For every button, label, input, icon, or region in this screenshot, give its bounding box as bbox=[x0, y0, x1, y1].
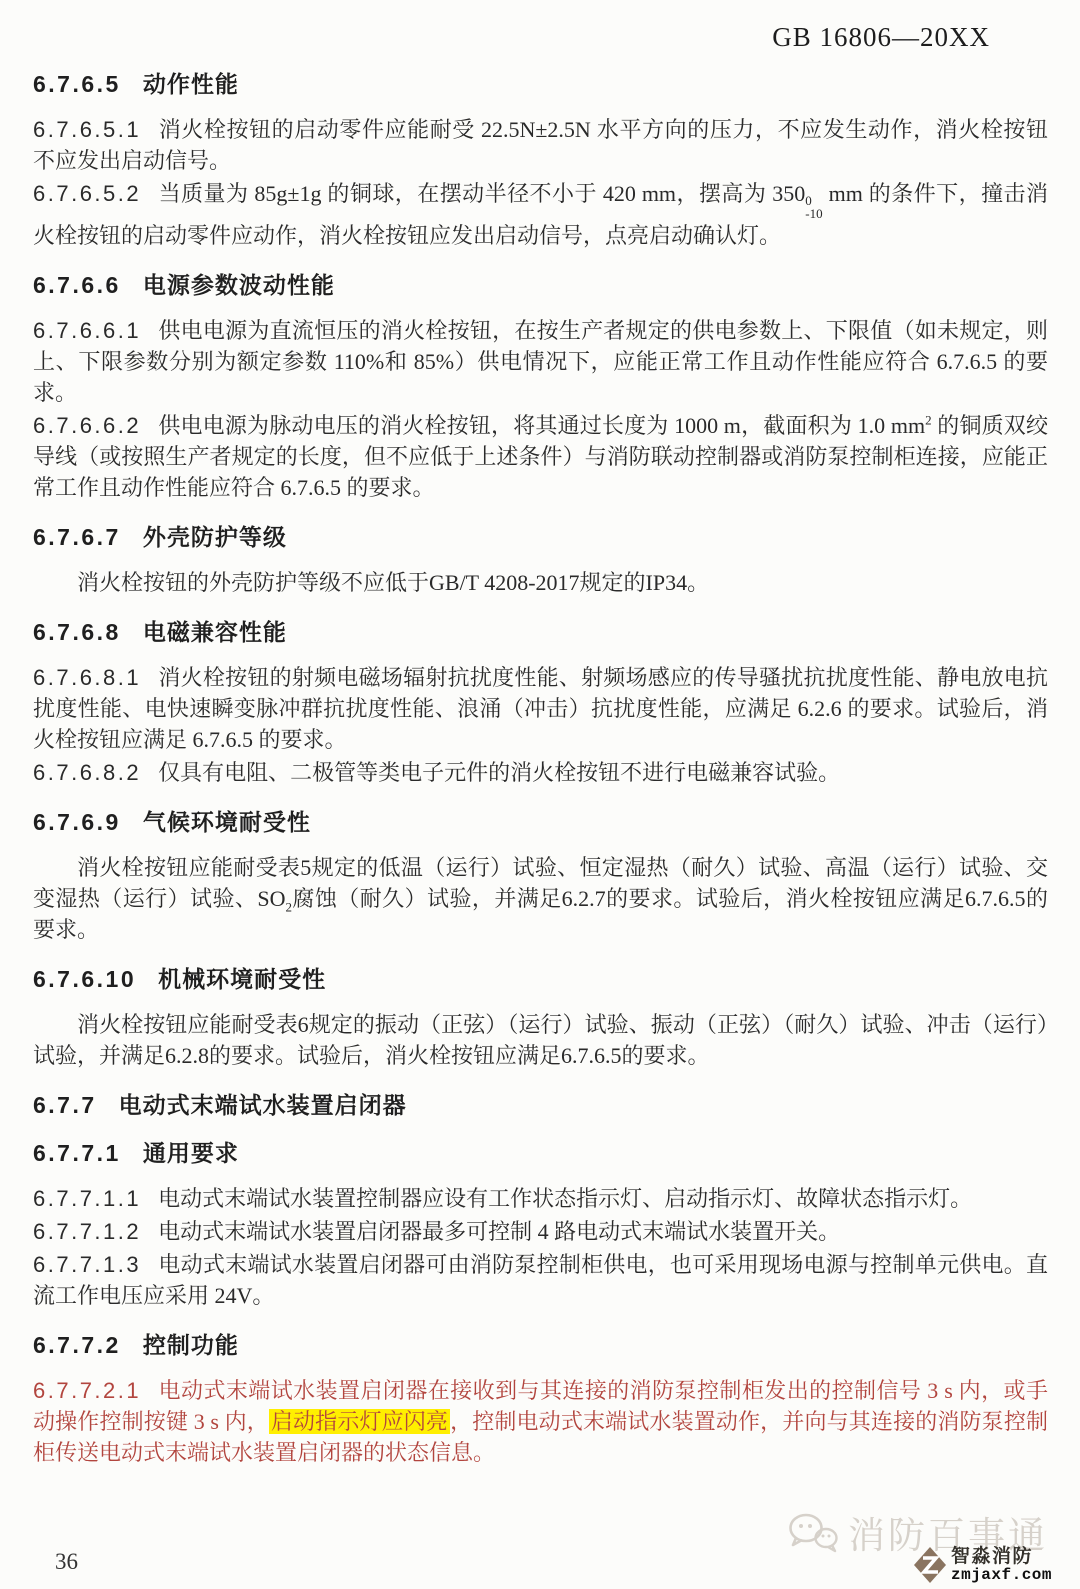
clause-paragraph: 6.7.6.8.1消火栓按钮的射频电磁场辐射抗扰度性能、射频场感应的传导骚扰抗扰… bbox=[33, 662, 1048, 755]
section-title: 机械环境耐受性 bbox=[158, 966, 326, 992]
clause-number: 6.7.6.5.2 bbox=[33, 181, 141, 206]
clause-paragraph: 6.7.6.8.2仅具有电阻、二极管等类电子元件的消火栓按钮不进行电磁兼容试验。 bbox=[33, 757, 1048, 788]
clause-number: 6.7.7.1.1 bbox=[33, 1186, 141, 1211]
paragraph: 消火栓按钮的外壳防护等级不应低于GB/T 4208-2017规定的IP34。 bbox=[33, 567, 1048, 598]
paragraph: 消火栓按钮应能耐受表6规定的振动（正弦）（运行）试验、振动（正弦）（耐久）试验、… bbox=[33, 1009, 1048, 1071]
section-title: 电源参数波动性能 bbox=[143, 272, 335, 298]
clause-number: 6.7.7.2.1 bbox=[33, 1378, 141, 1403]
section-title: 气候环境耐受性 bbox=[143, 809, 311, 835]
page-number: 36 bbox=[55, 1549, 78, 1575]
section-heading: 6.7.6.5动作性能 bbox=[33, 70, 1048, 98]
clause-number: 6.7.6.6.2 bbox=[33, 413, 141, 438]
clause-number: 6.7.6.8.2 bbox=[33, 760, 141, 785]
section-number: 6.7.6.9 bbox=[33, 809, 121, 835]
logo-name: 智淼消防 bbox=[951, 1547, 1052, 1567]
clause-paragraph: 6.7.6.6.1供电电源为直流恒压的消火栓按钮，在按生产者规定的供电参数上、下… bbox=[33, 315, 1048, 408]
section-number: 6.7.6.6 bbox=[33, 272, 121, 298]
tolerance-sup-sub: 0-10 bbox=[805, 194, 822, 220]
section-heading: 6.7.6.6电源参数波动性能 bbox=[33, 271, 1048, 299]
diamond-logo-icon bbox=[913, 1546, 947, 1584]
clause-paragraph: 6.7.7.1.1电动式末端试水装置控制器应设有工作状态指示灯、启动指示灯、故障… bbox=[33, 1183, 1048, 1214]
section-title: 动作性能 bbox=[143, 71, 239, 97]
clause-paragraph: 6.7.7.1.2电动式末端试水装置启闭器最多可控制 4 路电动式末端试水装置开… bbox=[33, 1216, 1048, 1247]
paragraph: 消火栓按钮应能耐受表5规定的低温（运行）试验、恒定湿热（耐久）试验、高温（运行）… bbox=[33, 852, 1048, 945]
section-heading: 6.7.7电动式末端试水装置启闭器 bbox=[33, 1091, 1048, 1119]
site-logo: 智淼消防 zmjaxf.com bbox=[913, 1546, 1052, 1584]
section-heading: 6.7.6.10机械环境耐受性 bbox=[33, 965, 1048, 993]
clause-paragraph: 6.7.7.2.1电动式末端试水装置启闭器在接收到与其连接的消防泵控制柜发出的控… bbox=[33, 1375, 1048, 1468]
section-number: 6.7.7 bbox=[33, 1092, 97, 1118]
highlighted-text: 启动指示灯应闪亮 bbox=[269, 1409, 450, 1434]
section-number: 6.7.6.7 bbox=[33, 524, 121, 550]
section-number: 6.7.6.8 bbox=[33, 619, 121, 645]
clause-paragraph: 6.7.6.5.2当质量为 85g±1g 的铜球，在摆动半径不小于 420 mm… bbox=[33, 178, 1048, 251]
section-number: 6.7.6.10 bbox=[33, 966, 136, 992]
logo-url: zmjaxf.com bbox=[951, 1567, 1052, 1584]
clause-number: 6.7.7.1.3 bbox=[33, 1252, 141, 1277]
section-heading: 6.7.7.1通用要求 bbox=[33, 1139, 1048, 1167]
section-title: 通用要求 bbox=[143, 1140, 239, 1166]
section-title: 电动式末端试水装置启闭器 bbox=[119, 1092, 407, 1118]
clause-number: 6.7.6.6.1 bbox=[33, 318, 141, 343]
section-title: 电磁兼容性能 bbox=[143, 619, 287, 645]
section-heading: 6.7.6.8电磁兼容性能 bbox=[33, 618, 1048, 646]
clause-paragraph: 6.7.6.5.1消火栓按钮的启动零件应能耐受 22.5N±2.5N 水平方向的… bbox=[33, 114, 1048, 176]
standard-document-page: GB 16806—20XX 6.7.6.5动作性能6.7.6.5.1消火栓按钮的… bbox=[0, 0, 1080, 1589]
section-heading: 6.7.6.7外壳防护等级 bbox=[33, 523, 1048, 551]
standard-code-header: GB 16806—20XX bbox=[33, 22, 1048, 52]
clause-number: 6.7.6.8.1 bbox=[33, 665, 141, 690]
clause-number: 6.7.7.1.2 bbox=[33, 1219, 141, 1244]
chat-bubbles-icon bbox=[786, 1511, 840, 1553]
clause-number: 6.7.6.5.1 bbox=[33, 117, 141, 142]
section-heading: 6.7.7.2控制功能 bbox=[33, 1331, 1048, 1359]
section-title: 外壳防护等级 bbox=[143, 524, 287, 550]
clause-paragraph: 6.7.6.6.2供电电源为脉动电压的消火栓按钮，将其通过长度为 1000 m，… bbox=[33, 410, 1048, 503]
document-body: 6.7.6.5动作性能6.7.6.5.1消火栓按钮的启动零件应能耐受 22.5N… bbox=[33, 70, 1048, 1468]
clause-paragraph: 6.7.7.1.3电动式末端试水装置启闭器可由消防泵控制柜供电，也可采用现场电源… bbox=[33, 1249, 1048, 1311]
section-title: 控制功能 bbox=[143, 1332, 239, 1358]
section-number: 6.7.7.1 bbox=[33, 1140, 121, 1166]
section-number: 6.7.7.2 bbox=[33, 1332, 121, 1358]
section-number: 6.7.6.5 bbox=[33, 71, 121, 97]
section-heading: 6.7.6.9气候环境耐受性 bbox=[33, 808, 1048, 836]
